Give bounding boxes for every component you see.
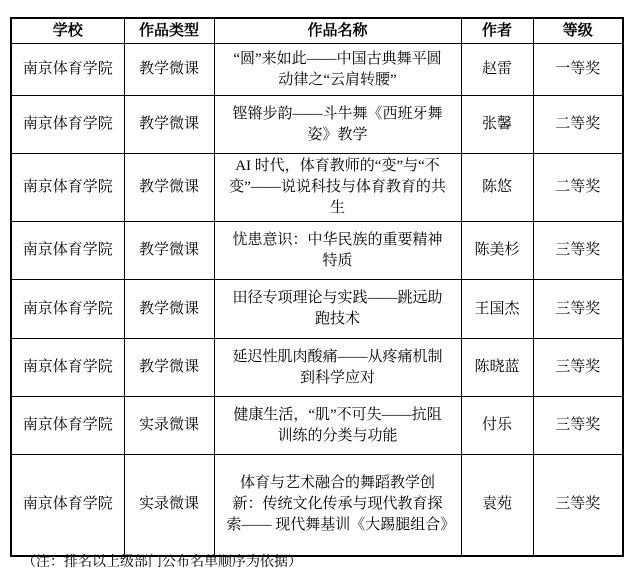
- awards-table: 学校作品类型作品名称作者等级 南京体育学院教学微课“圆”来如此——中国古典舞平圆…: [10, 17, 624, 557]
- cell-school: 南京体育学院: [11, 339, 124, 397]
- cell-award: 三等奖: [533, 455, 623, 556]
- column-header-title: 作品名称: [214, 18, 461, 44]
- cell-author: 袁苑: [461, 455, 533, 556]
- document-page: 学校作品类型作品名称作者等级 南京体育学院教学微课“圆”来如此——中国古典舞平圆…: [0, 0, 632, 576]
- column-header-type: 作品类型: [124, 18, 214, 44]
- cell-title: 延迟性肌肉酸痛——从疼痛机制到科学应对: [214, 339, 461, 397]
- cell-type: 教学微课: [124, 96, 214, 154]
- cell-school: 南京体育学院: [11, 280, 124, 339]
- cell-school: 南京体育学院: [11, 397, 124, 455]
- column-header-author: 作者: [461, 18, 533, 44]
- cell-school: 南京体育学院: [11, 154, 124, 222]
- cell-type: 教学微课: [124, 222, 214, 280]
- cell-author: 陈悠: [461, 154, 533, 222]
- cell-title: 田径专项理论与实践——跳远助跑技术: [214, 280, 461, 339]
- column-header-school: 学校: [11, 18, 124, 44]
- cell-award: 一等奖: [533, 44, 623, 96]
- table-row: 南京体育学院教学微课AI 时代，体育教师的“变”与“不变”——说说科技与体育教育…: [11, 154, 623, 222]
- cell-award: 三等奖: [533, 222, 623, 280]
- table-row: 南京体育学院教学微课延迟性肌肉酸痛——从疼痛机制到科学应对陈晓蓝三等奖: [11, 339, 623, 397]
- cell-title: 铿锵步韵——斗牛舞《西班牙舞姿》教学: [214, 96, 461, 154]
- table-row: 南京体育学院教学微课忧患意识：中华民族的重要精神特质陈美杉三等奖: [11, 222, 623, 280]
- cell-type: 实录微课: [124, 397, 214, 455]
- cell-award: 二等奖: [533, 96, 623, 154]
- column-header-award: 等级: [533, 18, 623, 44]
- cell-type: 教学微课: [124, 154, 214, 222]
- table-row: 南京体育学院实录微课体育与艺术融合的舞蹈教学创新：传统文化传承与现代教育探索——…: [11, 455, 623, 556]
- cell-title: “圆”来如此——中国古典舞平圆动律之“云肩转腰”: [214, 44, 461, 96]
- cell-award: 二等奖: [533, 154, 623, 222]
- header-row: 学校作品类型作品名称作者等级: [11, 18, 623, 44]
- cell-author: 王国杰: [461, 280, 533, 339]
- cell-type: 教学微课: [124, 44, 214, 96]
- cell-type: 教学微课: [124, 339, 214, 397]
- cell-award: 三等奖: [533, 280, 623, 339]
- cell-author: 赵雷: [461, 44, 533, 96]
- awards-table-header: 学校作品类型作品名称作者等级: [11, 18, 623, 44]
- table-row: 南京体育学院教学微课铿锵步韵——斗牛舞《西班牙舞姿》教学张馨二等奖: [11, 96, 623, 154]
- cell-title: AI 时代，体育教师的“变”与“不变”——说说科技与体育教育的共生: [214, 154, 461, 222]
- cell-author: 张馨: [461, 96, 533, 154]
- cell-title: 忧患意识：中华民族的重要精神特质: [214, 222, 461, 280]
- cell-school: 南京体育学院: [11, 455, 124, 556]
- cell-author: 付乐: [461, 397, 533, 455]
- cell-title: 健康生活，“肌”不可失——抗阻训练的分类与功能: [214, 397, 461, 455]
- table-row: 南京体育学院实录微课健康生活，“肌”不可失——抗阻训练的分类与功能付乐三等奖: [11, 397, 623, 455]
- cell-type: 实录微课: [124, 455, 214, 556]
- cell-title: 体育与艺术融合的舞蹈教学创新：传统文化传承与现代教育探索—— 现代舞基训《大踢腿…: [214, 455, 461, 556]
- cell-award: 三等奖: [533, 339, 623, 397]
- cell-author: 陈美杉: [461, 222, 533, 280]
- footnote: （注：排名以上级部门公布名单顺序为依据）: [22, 554, 302, 572]
- cell-award: 三等奖: [533, 397, 623, 455]
- cell-type: 教学微课: [124, 280, 214, 339]
- table-row: 南京体育学院教学微课田径专项理论与实践——跳远助跑技术王国杰三等奖: [11, 280, 623, 339]
- cell-school: 南京体育学院: [11, 44, 124, 96]
- cell-school: 南京体育学院: [11, 96, 124, 154]
- cell-author: 陈晓蓝: [461, 339, 533, 397]
- cell-school: 南京体育学院: [11, 222, 124, 280]
- awards-table-body: 南京体育学院教学微课“圆”来如此——中国古典舞平圆动律之“云肩转腰”赵雷一等奖南…: [11, 44, 623, 556]
- table-row: 南京体育学院教学微课“圆”来如此——中国古典舞平圆动律之“云肩转腰”赵雷一等奖: [11, 44, 623, 96]
